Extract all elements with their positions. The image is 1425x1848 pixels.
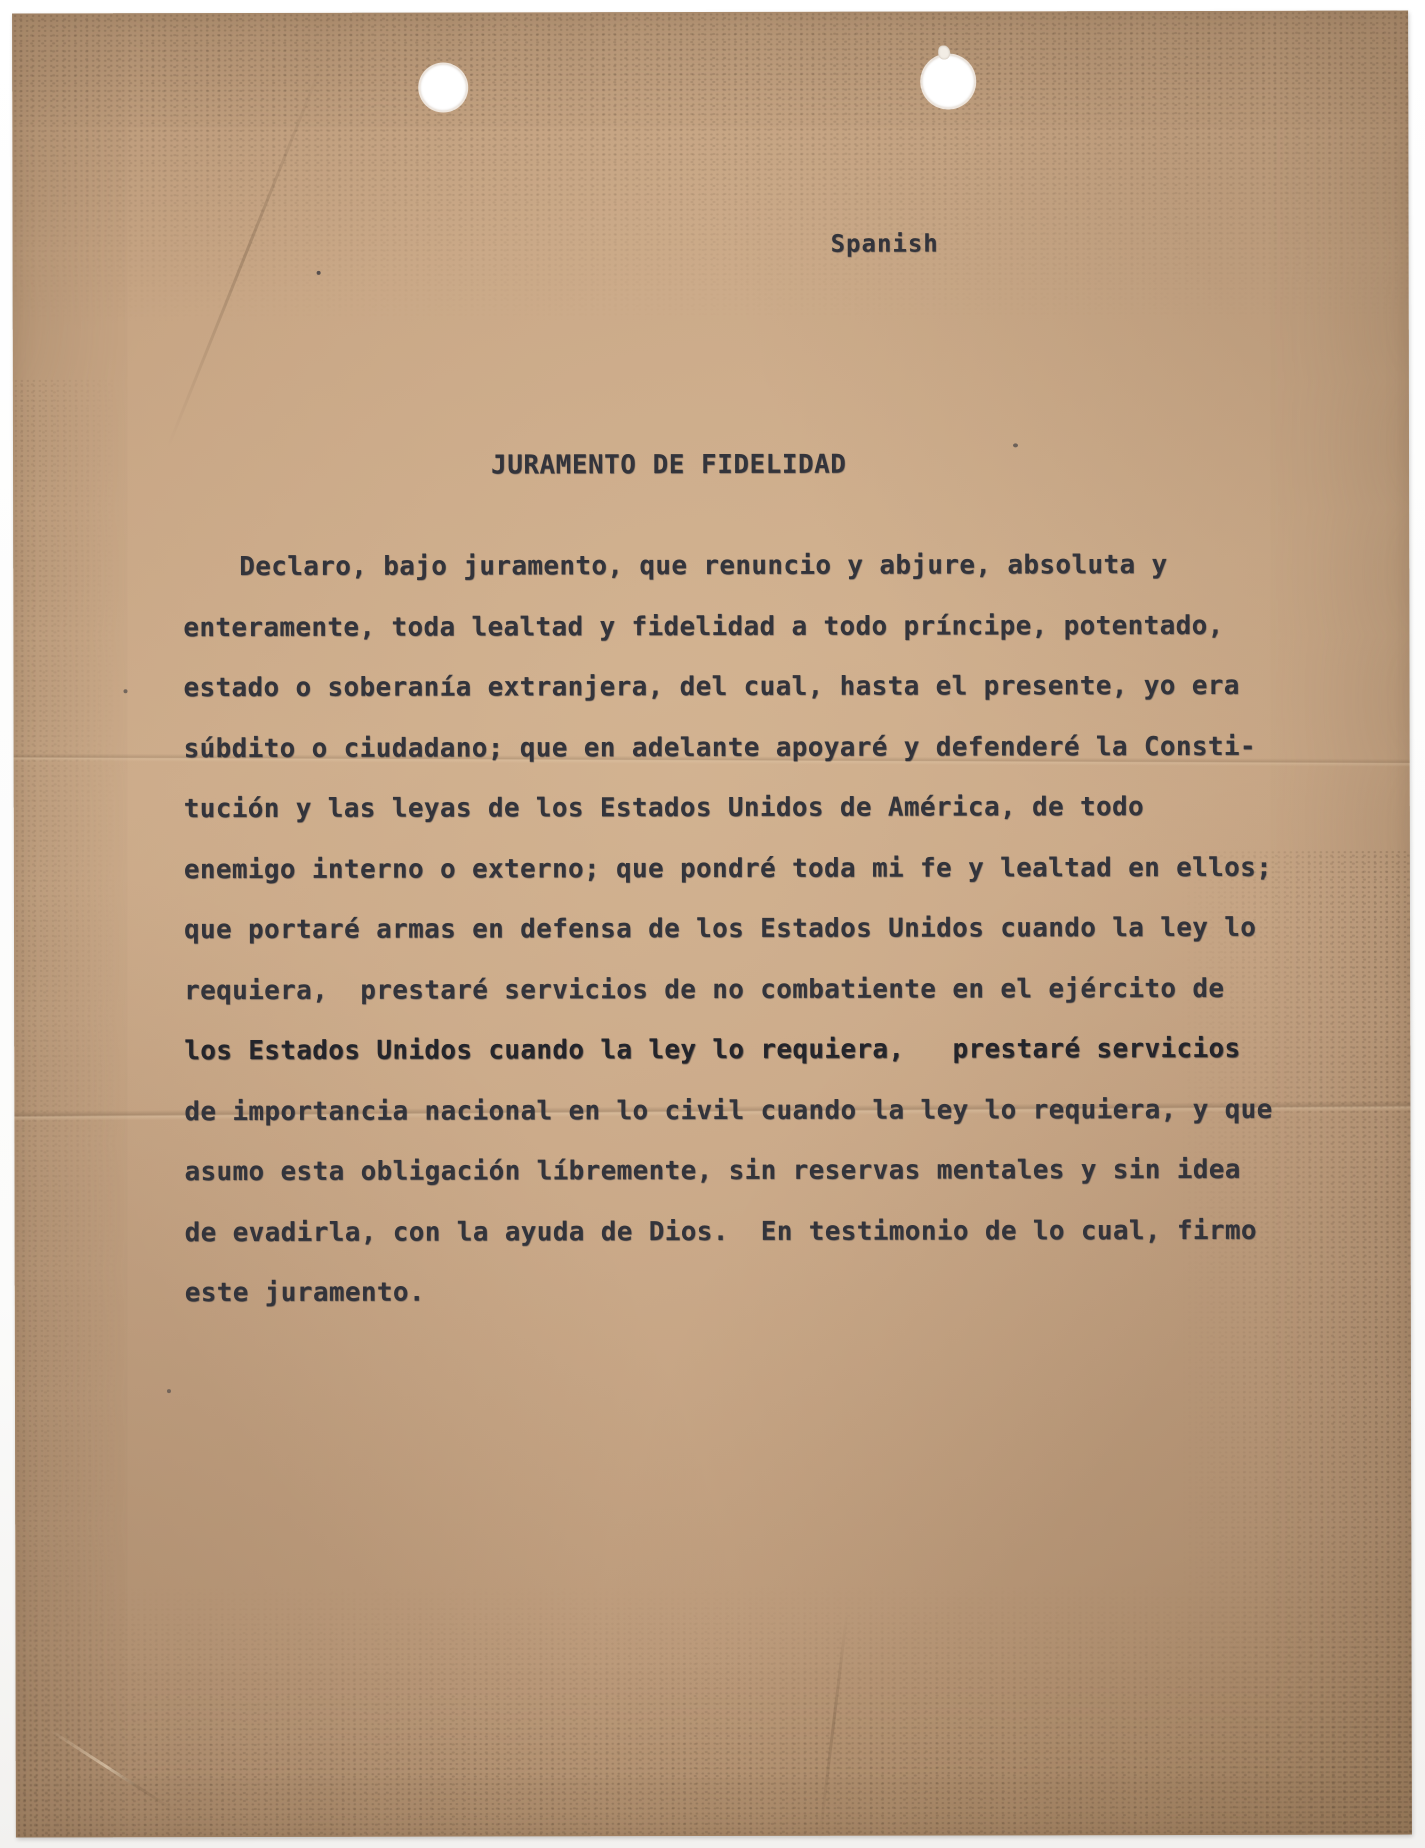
punch-hole-right bbox=[922, 55, 974, 107]
body-line: enteramente, toda lealtad y fidelidad a … bbox=[183, 595, 1288, 658]
body-line: Declaro, bajo juramento, que renuncio y … bbox=[183, 535, 1288, 598]
body-line: asumo esta obligación líbremente, sin re… bbox=[184, 1140, 1289, 1203]
body-line: este juramento. bbox=[185, 1261, 1290, 1324]
scan-background: Spanish JURAMENTO DE FIDELIDAD Declaro, … bbox=[0, 0, 1425, 1848]
language-label: Spanish bbox=[831, 230, 939, 258]
punch-hole-left bbox=[420, 65, 466, 111]
body-line: de importancia nacional en lo civil cuan… bbox=[184, 1079, 1289, 1142]
document-body: Declaro, bajo juramento, que renuncio y … bbox=[183, 535, 1290, 1324]
body-line: de evadirla, con la ayuda de Dios. En te… bbox=[185, 1200, 1290, 1263]
body-line: requiera, prestaré servicios de no comba… bbox=[184, 958, 1289, 1021]
ink-speck bbox=[1013, 443, 1018, 447]
paper-crease bbox=[818, 1612, 849, 1841]
paper-grain-top bbox=[12, 11, 1409, 324]
body-line: estado o soberanía extranjera, del cual,… bbox=[183, 656, 1288, 719]
paper-grain-left bbox=[13, 378, 126, 1837]
document-title: JURAMENTO DE FIDELIDAD bbox=[491, 450, 846, 481]
body-line: los Estados Unidos cuando la ley lo requ… bbox=[184, 1019, 1289, 1082]
paper-crease bbox=[166, 58, 325, 449]
paper-crease bbox=[49, 1729, 177, 1813]
ink-speck bbox=[167, 1389, 171, 1393]
body-line: súbdito o ciudadano; que en adelante apo… bbox=[184, 716, 1289, 779]
ink-speck bbox=[317, 271, 321, 275]
paper-grain-bottom bbox=[15, 1585, 1412, 1838]
ink-speck bbox=[124, 689, 128, 693]
body-line: que portaré armas en defensa de los Esta… bbox=[184, 898, 1289, 961]
paper-sheet: Spanish JURAMENTO DE FIDELIDAD Declaro, … bbox=[12, 11, 1412, 1838]
body-line: enemigo interno o externo; que pondré to… bbox=[184, 837, 1289, 900]
body-line: tución y las leyas de los Estados Unidos… bbox=[184, 777, 1289, 840]
